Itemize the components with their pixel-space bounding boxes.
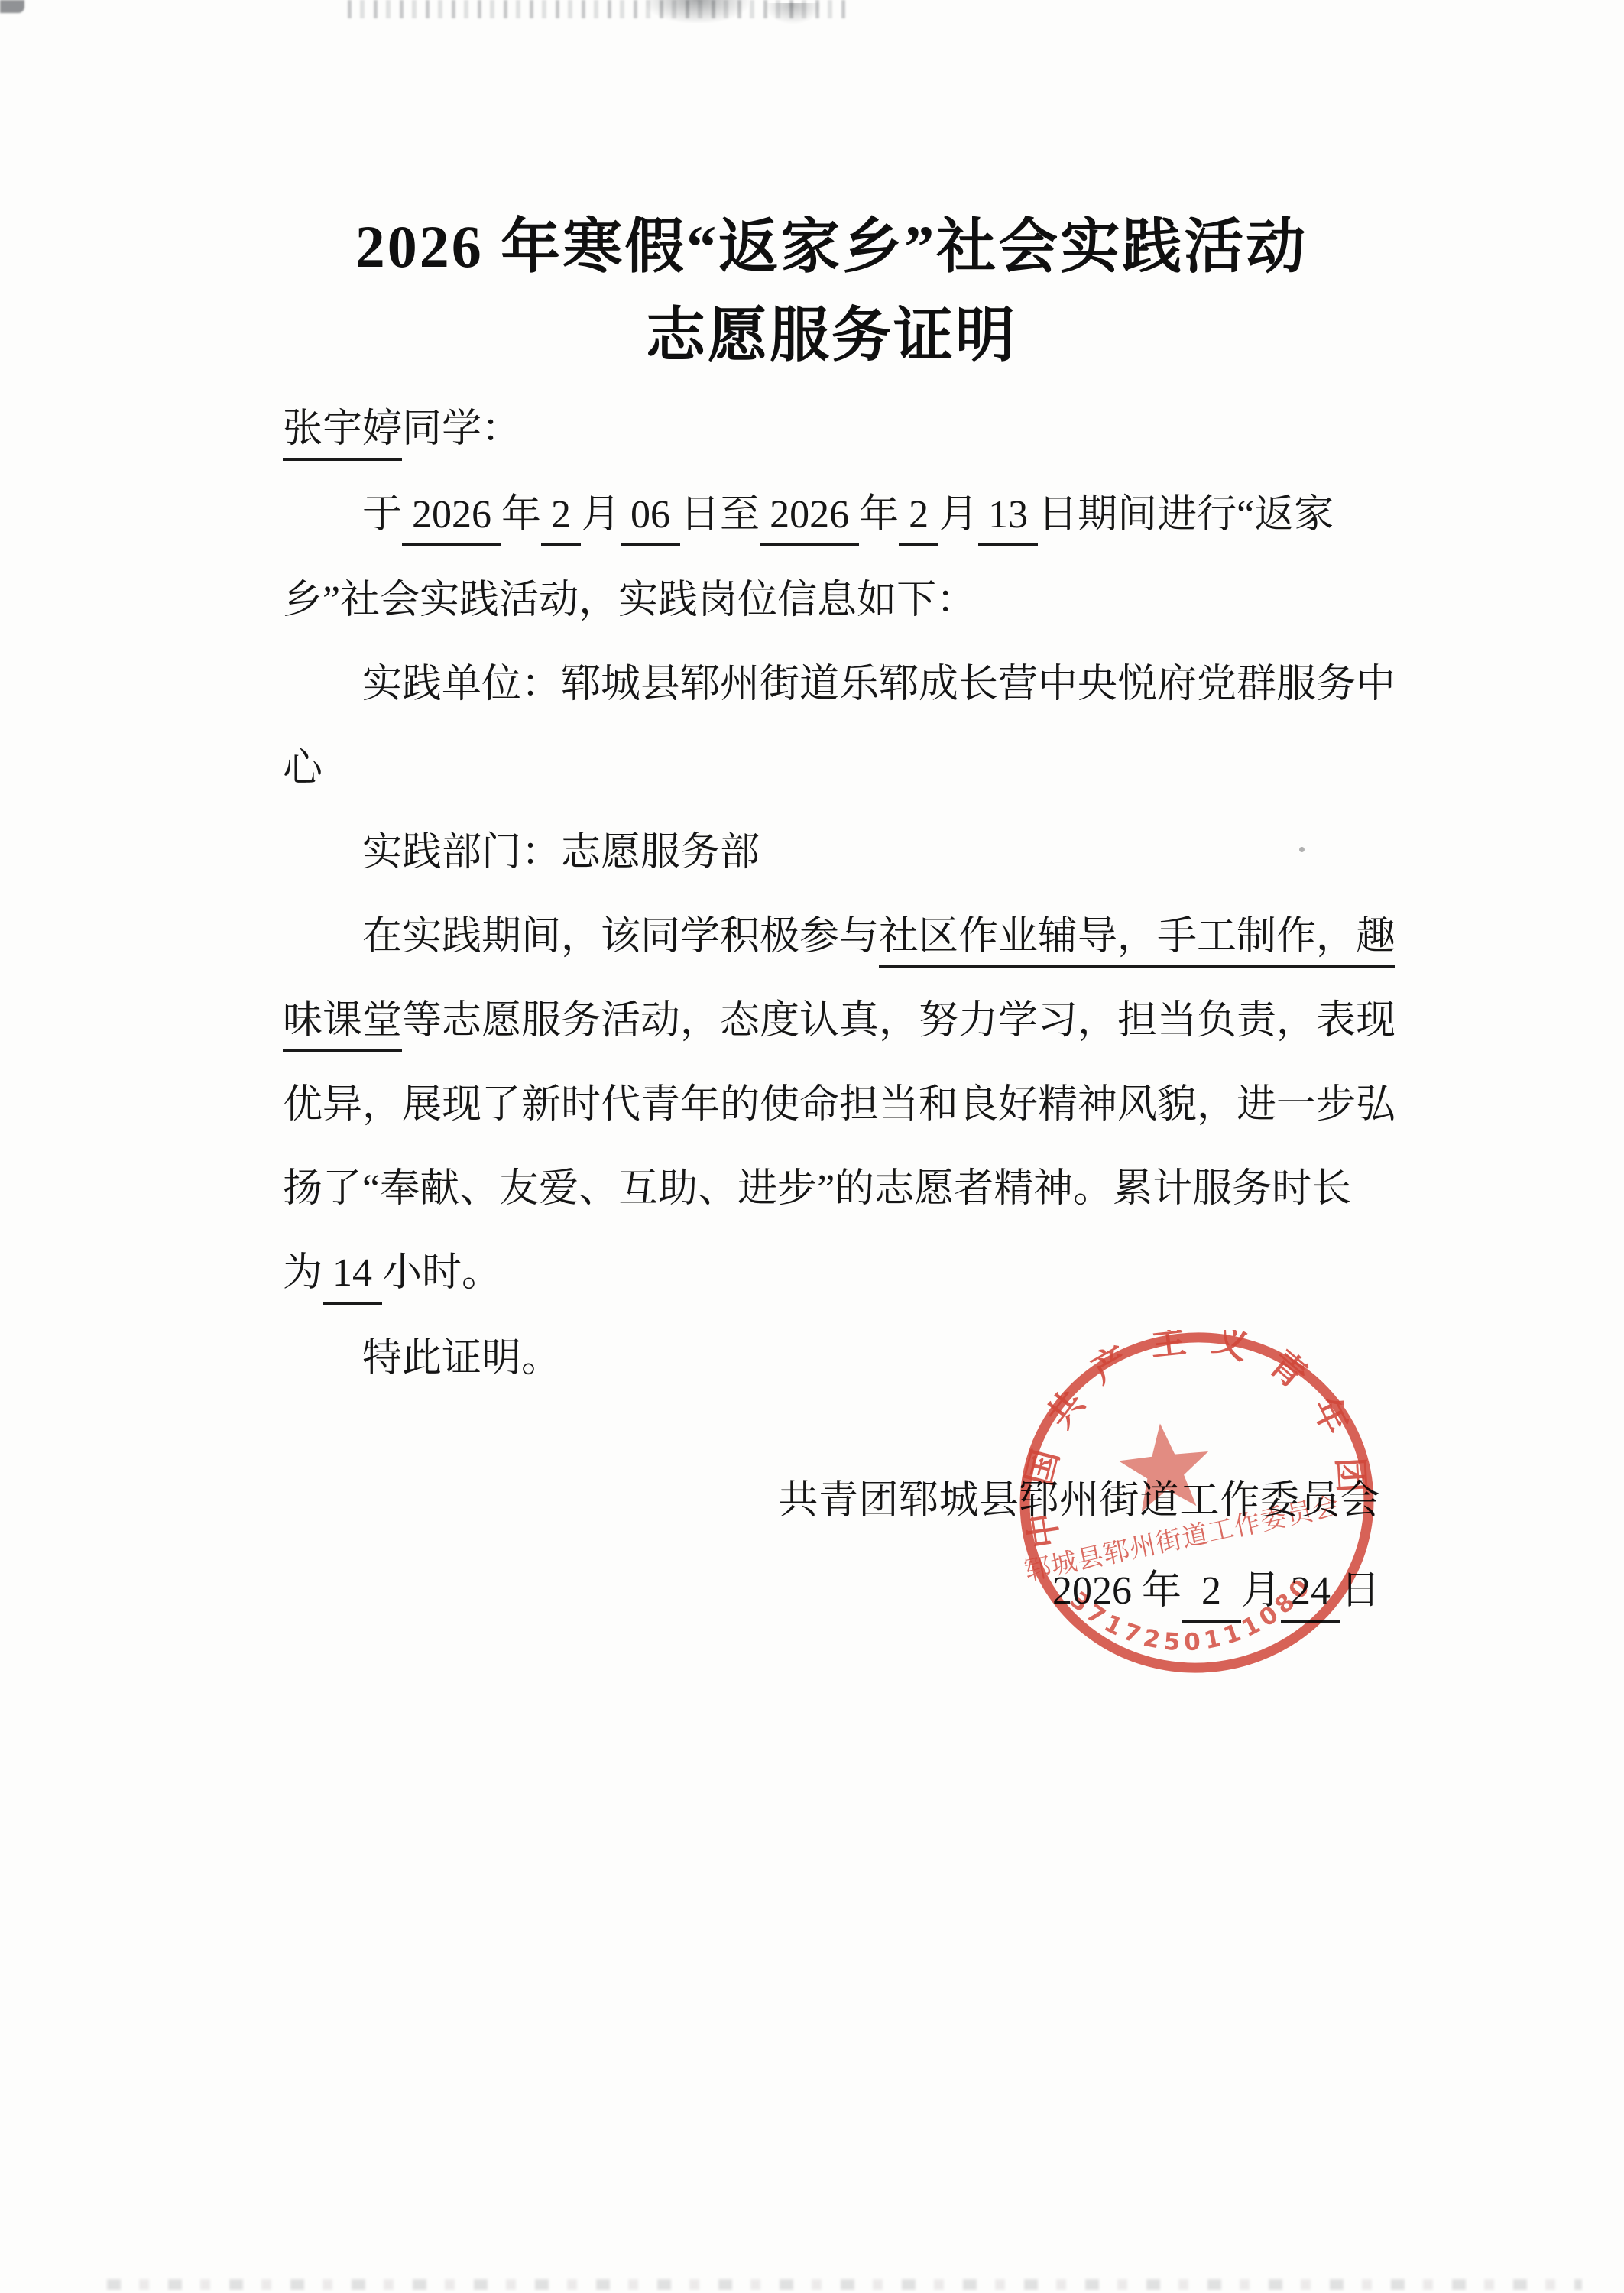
seal-group: 中国共产主义青年团 郓城县郓州街道工作委员会 3717250111080 (1015, 1330, 1380, 1678)
service-hours-value: 14 (323, 1251, 382, 1305)
recipient-line: 张宇婷同学： (283, 404, 1380, 456)
body-line-dates: 于 2026 年 2 月 06 日至 2026 年 2 月 13 日期间进行“返… (283, 489, 1460, 542)
service-items-value: 社区作业辅导，手工制作，趣 (879, 915, 1395, 968)
seal-serial-number: 3717250111080 (1062, 1562, 1324, 1669)
recipient-suffix: 同学： (402, 407, 521, 451)
certificate-title-line2: 志愿服务证明 (283, 297, 1380, 375)
evaluation-line2: 味课堂等志愿服务活动，态度认真，努力学习，担当负责，表现 (283, 995, 1380, 1048)
evaluation-line1: 在实践期间，该同学积极参与社区作业辅导，手工制作，趣 (283, 911, 1460, 964)
seal-star-icon (1115, 1419, 1214, 1513)
scan-artifact-top-smudge (348, 0, 852, 18)
official-seal: 中国共产主义青年团 郓城县郓州街道工作委员会 3717250111080 (1015, 1330, 1380, 1678)
seal-unit-text: 郓城县郓州街道工作委员会 (1023, 1491, 1343, 1586)
practice-unit-line2: 心 (283, 743, 1380, 796)
start-month-value: 2 (541, 493, 581, 546)
practice-unit-line: 实践单位：郓城县郓州街道乐郓成长营中央悦府党群服务中 (283, 659, 1460, 712)
scan-artifact-corner (0, 0, 24, 13)
recipient-name: 张宇婷 (283, 407, 402, 461)
start-year-value: 2026 (402, 493, 501, 546)
certificate-title-line1: 2026 年寒假“返家乡”社会实践活动 (283, 208, 1380, 287)
evaluation-line4: 扬了“奉献、友爱、互助、进步”的志愿者精神。累计服务时长 (283, 1163, 1380, 1216)
end-year-value: 2026 (760, 493, 859, 546)
scan-artifact-top-clump2 (764, 3, 822, 24)
end-month-value: 2 (899, 493, 938, 546)
start-day-value: 06 (621, 493, 680, 546)
evaluation-line3: 优异，展现了新时代青年的使命担当和良好精神风貌，进一步弘 (283, 1079, 1380, 1132)
body-line-activity: 乡”社会实践活动，实践岗位信息如下： (283, 575, 1380, 628)
certificate-page: 2026 年寒假“返家乡”社会实践活动 志愿服务证明 张宇婷同学： 于 2026… (0, 0, 1624, 2293)
service-items-value-cont: 味课堂 (283, 999, 402, 1052)
service-hours-line: 为 14 小时。 (283, 1247, 1380, 1300)
scan-artifact-bottom-band (107, 2279, 1582, 2290)
scan-artifact-top-clump (646, 0, 749, 23)
practice-department-line: 实践部门：志愿服务部 (283, 827, 1460, 880)
end-day-value: 13 (978, 493, 1038, 546)
